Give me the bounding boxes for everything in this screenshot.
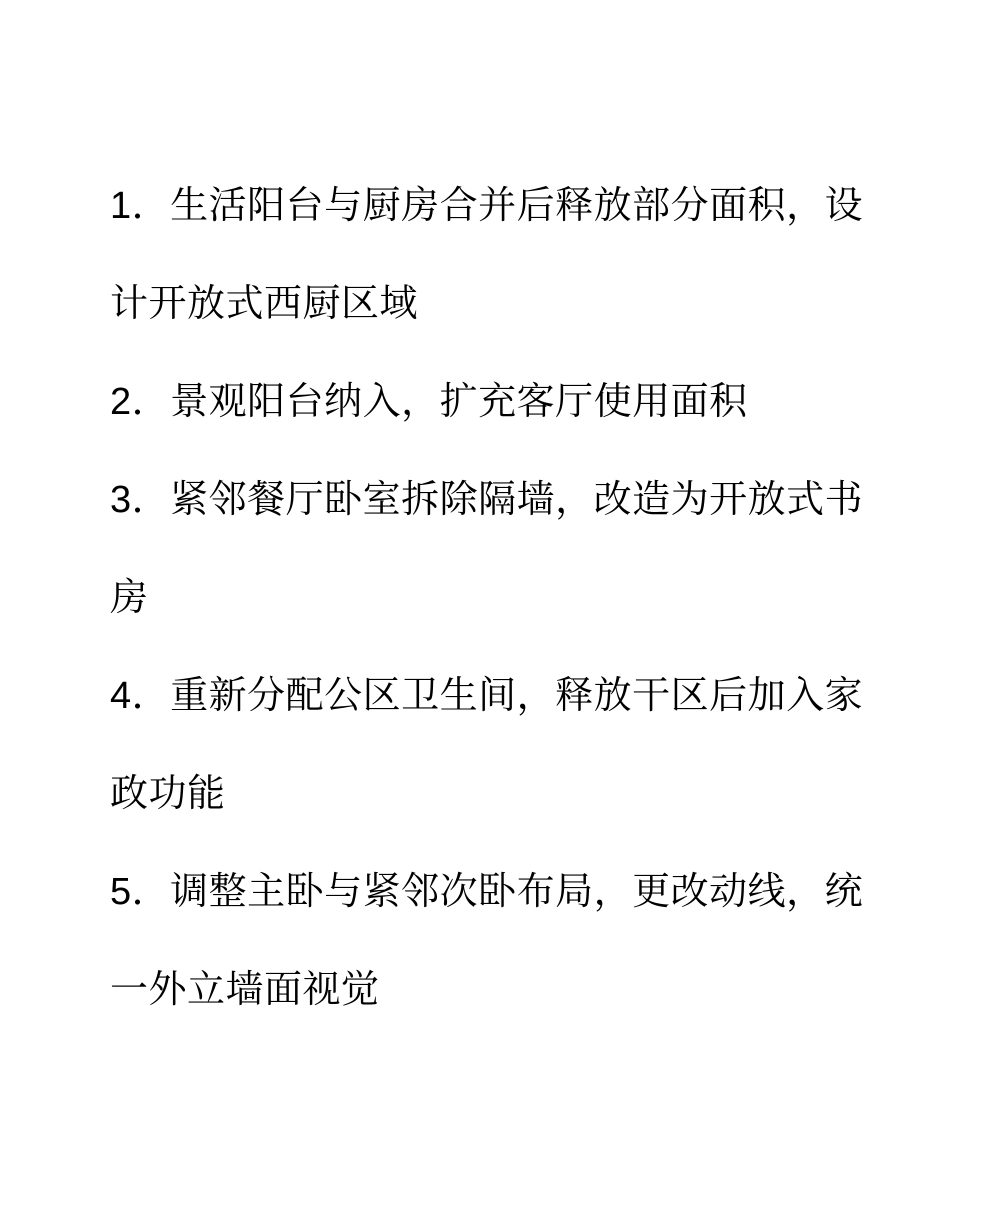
list-item-2: 2．景观阳台纳入，扩充客厅使用面积 [110,353,900,451]
list-item-5: 5．调整主卧与紧邻次卧布局，更改动线，统 一外立墙面视觉 [110,843,900,1039]
list-item-4: 4．重新分配公区卫生间，释放干区后加入家 政功能 [110,647,900,843]
list-item-1: 1．生活阳台与厨房合并后释放部分面积，设 计开放式西厨区域 [110,157,900,353]
list-item-4-line-1: 4．重新分配公区卫生间，释放干区后加入家 [110,647,900,745]
list-item-3-line-1: 3．紧邻餐厅卧室拆除隔墙，改造为开放式书 [110,451,900,549]
list-item-3-line-2: 房 [110,549,900,647]
list-item-5-line-2: 一外立墙面视觉 [110,941,900,1039]
document-page: 1．生活阳台与厨房合并后释放部分面积，设 计开放式西厨区域 2．景观阳台纳入，扩… [0,0,1000,1216]
list-item-4-line-2: 政功能 [110,745,900,843]
renovation-numbered-list: 1．生活阳台与厨房合并后释放部分面积，设 计开放式西厨区域 2．景观阳台纳入，扩… [110,157,900,1039]
list-item-1-line-2: 计开放式西厨区域 [110,255,900,353]
list-item-1-line-1: 1．生活阳台与厨房合并后释放部分面积，设 [110,157,900,255]
list-item-5-line-1: 5．调整主卧与紧邻次卧布局，更改动线，统 [110,843,900,941]
list-item-2-line-1: 2．景观阳台纳入，扩充客厅使用面积 [110,353,900,451]
list-item-3: 3．紧邻餐厅卧室拆除隔墙，改造为开放式书 房 [110,451,900,647]
